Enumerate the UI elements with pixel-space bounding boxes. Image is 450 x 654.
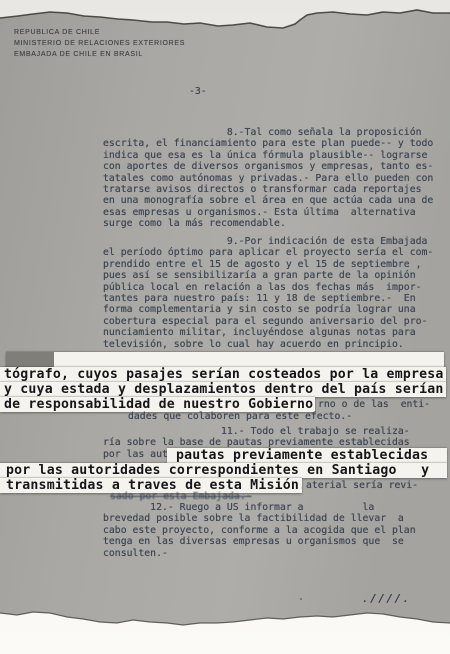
- paragraph-8: 8.-Tal como señala la proposición escrit…: [103, 127, 433, 230]
- paragraph-10-fragment: rno o de las enti-: [318, 399, 430, 410]
- paper-speck: [300, 598, 302, 600]
- overlay-strip2-line1: pautas previamente establecidas: [167, 448, 447, 463]
- overlay-blank-block: [6, 352, 54, 367]
- overlay-strip1-line3: y cuya estada y desplazamientos dentro d…: [0, 382, 446, 397]
- page-number: -3-: [189, 86, 207, 97]
- continuation-mark: .////.: [362, 593, 411, 604]
- overlay-strip2-line2: por las autoridades correspondientes en …: [0, 463, 447, 478]
- paragraph-11-fragment: aterial sería revi-: [306, 480, 418, 491]
- overlay-strip1-line2: tógrafo, cuyos pasajes serían costeados …: [0, 367, 446, 382]
- crossed-out-text: sado por esta Embajada.-: [110, 491, 252, 502]
- scanned-document: REPUBLICA DE CHILE MINISTERIO DE RELACIO…: [0, 0, 450, 654]
- embassy-letterhead: REPUBLICA DE CHILE MINISTERIO DE RELACIO…: [14, 27, 185, 61]
- paragraph-12: 12.- Ruego a US informar a la brevedad p…: [103, 502, 416, 559]
- overlay-strip1-line4: de responsabilidad de nuestro Gobierno: [0, 397, 315, 412]
- overlay-strip1-line1: el diario enviaría a Chile un reportero …: [6, 352, 444, 367]
- paragraph-10-fragment-line2: dades que colaboren para este efecto.-: [128, 411, 352, 422]
- paragraph-9: 9.-Por indicación de esta Embajada el pe…: [103, 236, 433, 350]
